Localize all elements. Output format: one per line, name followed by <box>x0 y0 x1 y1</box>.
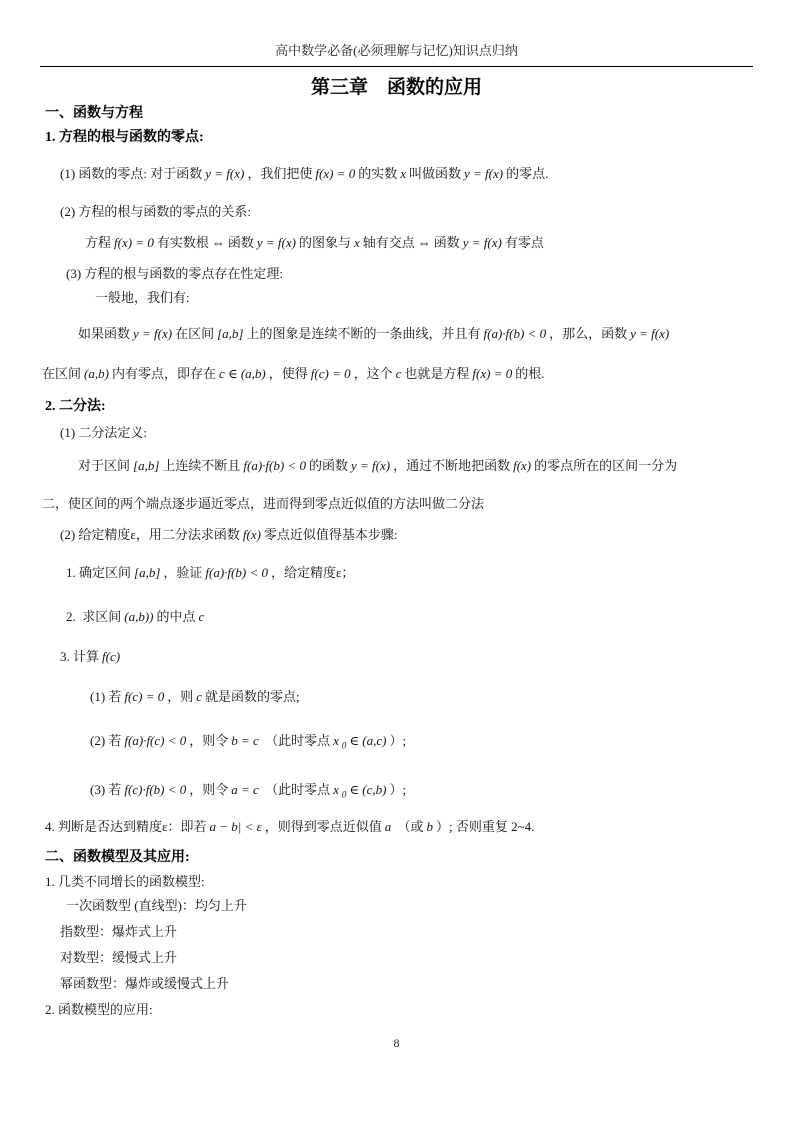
math-expression: f(c)·f(b) < 0 <box>124 782 186 797</box>
text-line: (1) 若f(c) = 0，则c就是函数的零点; <box>90 688 753 706</box>
math-expression: a = c <box>231 782 259 797</box>
math-expression: c ∈ (a,b) <box>219 366 266 381</box>
text-segment: 一般地，我们有: <box>95 290 190 305</box>
text-segment: ，这个 <box>354 366 393 381</box>
math-expression: x <box>333 782 339 797</box>
math-expression: y = f(x) <box>133 326 172 341</box>
text-segment: 的实数 <box>358 166 397 181</box>
text-segment: 1. 几类不同增长的函数模型: <box>45 874 205 889</box>
section-heading: 一、函数与方程 <box>45 105 753 123</box>
text-segment: ，使得 <box>269 366 308 381</box>
math-expression: f(a)·f(b) < 0 <box>243 458 306 473</box>
text-segment: ，通过不断地把函数 <box>393 458 510 473</box>
math-expression: x <box>333 733 339 748</box>
text-line: (2) 方程的根与函数的零点的关系: <box>60 203 753 221</box>
text-segment: 对于区间 <box>78 458 130 473</box>
math-expression: f(x) = 0 <box>114 235 154 250</box>
math-expression: y = f(x) <box>257 235 296 250</box>
text-segment: 幂函数型：爆炸或缓慢式上升 <box>60 976 229 991</box>
math-expression: c <box>196 689 202 704</box>
text-segment: ，那么，函数 <box>549 326 627 341</box>
text-segment: 2. 求区间 <box>66 609 121 624</box>
text-segment: 叫做函数 <box>409 166 461 181</box>
math-expression: a − b| < ε <box>209 819 261 834</box>
text-segment: 的根. <box>515 366 544 381</box>
page-number: 8 <box>0 1036 793 1051</box>
text-line: 2. 函数模型的应用: <box>45 1001 753 1019</box>
text-line: 1. 确定区间[a,b]，验证f(a)·f(b) < 0，给定精度ε； <box>66 564 753 582</box>
math-expression: [a,b] <box>133 458 159 473</box>
math-expression: f(x) <box>243 527 261 542</box>
text-segment: 对数型：缓慢式上升 <box>60 950 177 965</box>
text-segment: 1. 方程的根与函数的零点: <box>45 130 204 145</box>
text-segment: 在区间 <box>175 326 214 341</box>
math-expression: f(a)·f(b) < 0 <box>205 565 268 580</box>
text-segment: (1) 函数的零点: 对于函数 <box>60 166 202 181</box>
math-expression: ∈ (c,b) <box>349 782 386 797</box>
double-arrow-symbol: ⇔ <box>418 235 431 250</box>
text-segment: 有实数根 <box>157 235 209 250</box>
text-line: (3) 若f(c)·f(b) < 0，则令a = c （此时零点x0∈ (c,b… <box>90 781 753 804</box>
text-segment: 二、函数模型及其应用: <box>45 850 190 865</box>
math-expression: f(c) = 0 <box>124 689 164 704</box>
text-segment: 2. 二分法: <box>45 399 106 414</box>
text-segment: 4. 判断是否达到精度ε：即若 <box>45 819 206 834</box>
text-segment: 上的图象是连续不断的一条曲线，并且有 <box>247 326 481 341</box>
text-segment: 也就是方程 <box>404 366 469 381</box>
text-segment: 二，使区间的两个端点逐步逼近零点，进而得到零点近似值的方法叫做二分法 <box>42 496 484 511</box>
math-expression: b <box>427 819 434 834</box>
text-segment: 有零点 <box>505 235 544 250</box>
math-expression: f(c) <box>102 649 120 664</box>
text-segment: （此时零点 <box>262 733 330 748</box>
text-line: 如果函数y = f(x)在区间[a,b]上的图象是连续不断的一条曲线，并且有f(… <box>78 325 753 343</box>
text-segment: 如果函数 <box>78 326 130 341</box>
text-segment: (3) 若 <box>90 782 121 797</box>
text-line: 方程f(x) = 0有实数根⇔函数y = f(x)的图象与x轴有交点⇔函数y =… <box>85 234 753 252</box>
text-line: 对于区间[a,b]上连续不断且f(a)·f(b) < 0的函数y = f(x)，… <box>78 457 753 475</box>
math-expression: ∈ (a,c) <box>349 733 386 748</box>
text-segment: 0 <box>342 741 347 751</box>
text-segment: 一次函数型 (直线型)：均匀上升 <box>66 898 247 913</box>
math-expression: f(x) <box>513 458 531 473</box>
math-expression: f(c) = 0 <box>311 366 351 381</box>
math-expression: y = f(x) <box>205 166 244 181</box>
math-expression: f(x) = 0 <box>315 166 355 181</box>
text-segment: (3) 方程的根与函数的零点存在性定理: <box>66 266 283 281</box>
text-segment: 的零点所在的区间一分为 <box>534 458 677 473</box>
text-segment: (2) 若 <box>90 733 121 748</box>
text-segment: 内有零点，即存在 <box>112 366 216 381</box>
text-line: (2) 给定精度ε，用二分法求函数f(x)零点近似值得基本步骤: <box>60 526 753 544</box>
document-page: 高中数学必备(必须理解与记忆)知识点归纳 第三章 函数的应用 一、函数与方程1.… <box>0 0 793 1122</box>
text-line: 2. 求区间(a,b))的中点c <box>66 608 753 626</box>
math-expression: y = f(x) <box>351 458 390 473</box>
chapter-title: 第三章 函数的应用 <box>40 75 753 101</box>
text-segment: 轴有交点 <box>363 235 415 250</box>
math-expression: f(a)·f(c) < 0 <box>124 733 186 748</box>
text-segment: ，则令 <box>189 733 228 748</box>
header-divider <box>40 66 753 67</box>
text-segment: 1. 确定区间 <box>66 565 131 580</box>
text-segment: (2) 给定精度ε，用二分法求函数 <box>60 527 240 542</box>
text-segment: 指数型：爆炸式上升 <box>60 924 177 939</box>
text-segment: (1) 若 <box>90 689 121 704</box>
math-expression: (a,b)) <box>124 609 153 624</box>
text-line: 二，使区间的两个端点逐步逼近零点，进而得到零点近似值的方法叫做二分法 <box>42 495 753 513</box>
text-segment: ，则得到零点近似值 <box>265 819 382 834</box>
text-segment: 一、函数与方程 <box>45 106 143 121</box>
text-line: 4. 判断是否达到精度ε：即若a − b| < ε，则得到零点近似值a （或b）… <box>45 818 753 836</box>
math-expression: [a,b] <box>134 565 160 580</box>
text-segment: ，验证 <box>163 565 202 580</box>
math-expression: y = f(x) <box>464 166 503 181</box>
text-segment: 0 <box>342 789 347 799</box>
math-expression: f(x) = 0 <box>472 366 512 381</box>
text-line: (2) 若f(a)·f(c) < 0，则令b = c （此时零点x0∈ (a,c… <box>90 732 753 755</box>
section-heading: 1. 方程的根与函数的零点: <box>45 129 753 147</box>
math-expression: f(a)·f(b) < 0 <box>484 326 547 341</box>
text-segment: (1) 二分法定义: <box>60 425 147 440</box>
text-segment: ，给定精度ε； <box>271 565 354 580</box>
math-expression: y = f(x) <box>463 235 502 250</box>
text-line: 1. 几类不同增长的函数模型: <box>45 873 753 891</box>
text-segment: ）; <box>389 733 406 748</box>
text-segment: 函数 <box>434 235 460 250</box>
text-segment: (2) 方程的根与函数的零点的关系: <box>60 204 251 219</box>
text-line: 3. 计算f(c) <box>60 648 753 666</box>
text-line: (3) 方程的根与函数的零点存在性定理: <box>66 265 753 283</box>
math-expression: y = f(x) <box>630 326 669 341</box>
text-segment: ）; <box>389 782 406 797</box>
text-line: 对数型：缓慢式上升 <box>60 949 753 967</box>
text-segment: 3. 计算 <box>60 649 99 664</box>
math-expression: c <box>396 366 402 381</box>
text-segment: 的中点 <box>157 609 196 624</box>
text-line: (1) 二分法定义: <box>60 424 753 442</box>
text-segment: 2. 函数模型的应用: <box>45 1002 153 1017</box>
text-line: 在区间(a,b)内有零点，即存在c ∈ (a,b)，使得f(c) = 0，这个c… <box>42 365 753 383</box>
math-expression: a <box>385 819 392 834</box>
section-heading: 二、函数模型及其应用: <box>45 849 753 867</box>
text-segment: ，则 <box>167 689 193 704</box>
double-arrow-symbol: ⇔ <box>212 235 225 250</box>
text-segment: （或 <box>394 819 423 834</box>
math-expression: b = c <box>231 733 259 748</box>
running-header: 高中数学必备(必须理解与记忆)知识点归纳 <box>40 42 753 59</box>
text-line: 一般地，我们有: <box>95 289 753 307</box>
text-segment: 在区间 <box>42 366 81 381</box>
text-line: (1) 函数的零点: 对于函数y = f(x)，我们把使f(x) = 0的实数x… <box>60 165 753 183</box>
math-expression: c <box>199 609 205 624</box>
text-segment: ，我们把使 <box>247 166 312 181</box>
section-heading: 2. 二分法: <box>45 398 753 416</box>
text-segment: 方程 <box>85 235 111 250</box>
document-body: 一、函数与方程1. 方程的根与函数的零点:(1) 函数的零点: 对于函数y = … <box>40 105 753 1019</box>
text-segment: 的函数 <box>309 458 348 473</box>
text-segment: ）; 否则重复 2~4. <box>436 819 534 834</box>
text-segment: （此时零点 <box>262 782 330 797</box>
math-expression: x <box>354 235 360 250</box>
text-line: 幂函数型：爆炸或缓慢式上升 <box>60 975 753 993</box>
text-segment: 的零点. <box>506 166 548 181</box>
math-expression: (a,b) <box>84 366 109 381</box>
page-content: 高中数学必备(必须理解与记忆)知识点归纳 第三章 函数的应用 一、函数与方程1.… <box>40 42 753 1019</box>
math-expression: x <box>400 166 406 181</box>
text-line: 指数型：爆炸式上升 <box>60 923 753 941</box>
text-segment: 零点近似值得基本步骤: <box>264 527 398 542</box>
text-segment: 上连续不断且 <box>162 458 240 473</box>
text-segment: ，则令 <box>189 782 228 797</box>
text-segment: 就是函数的零点; <box>205 689 300 704</box>
text-segment: 函数 <box>228 235 254 250</box>
math-expression: [a,b] <box>217 326 243 341</box>
text-segment: 的图象与 <box>299 235 351 250</box>
text-line: 一次函数型 (直线型)：均匀上升 <box>66 897 753 915</box>
